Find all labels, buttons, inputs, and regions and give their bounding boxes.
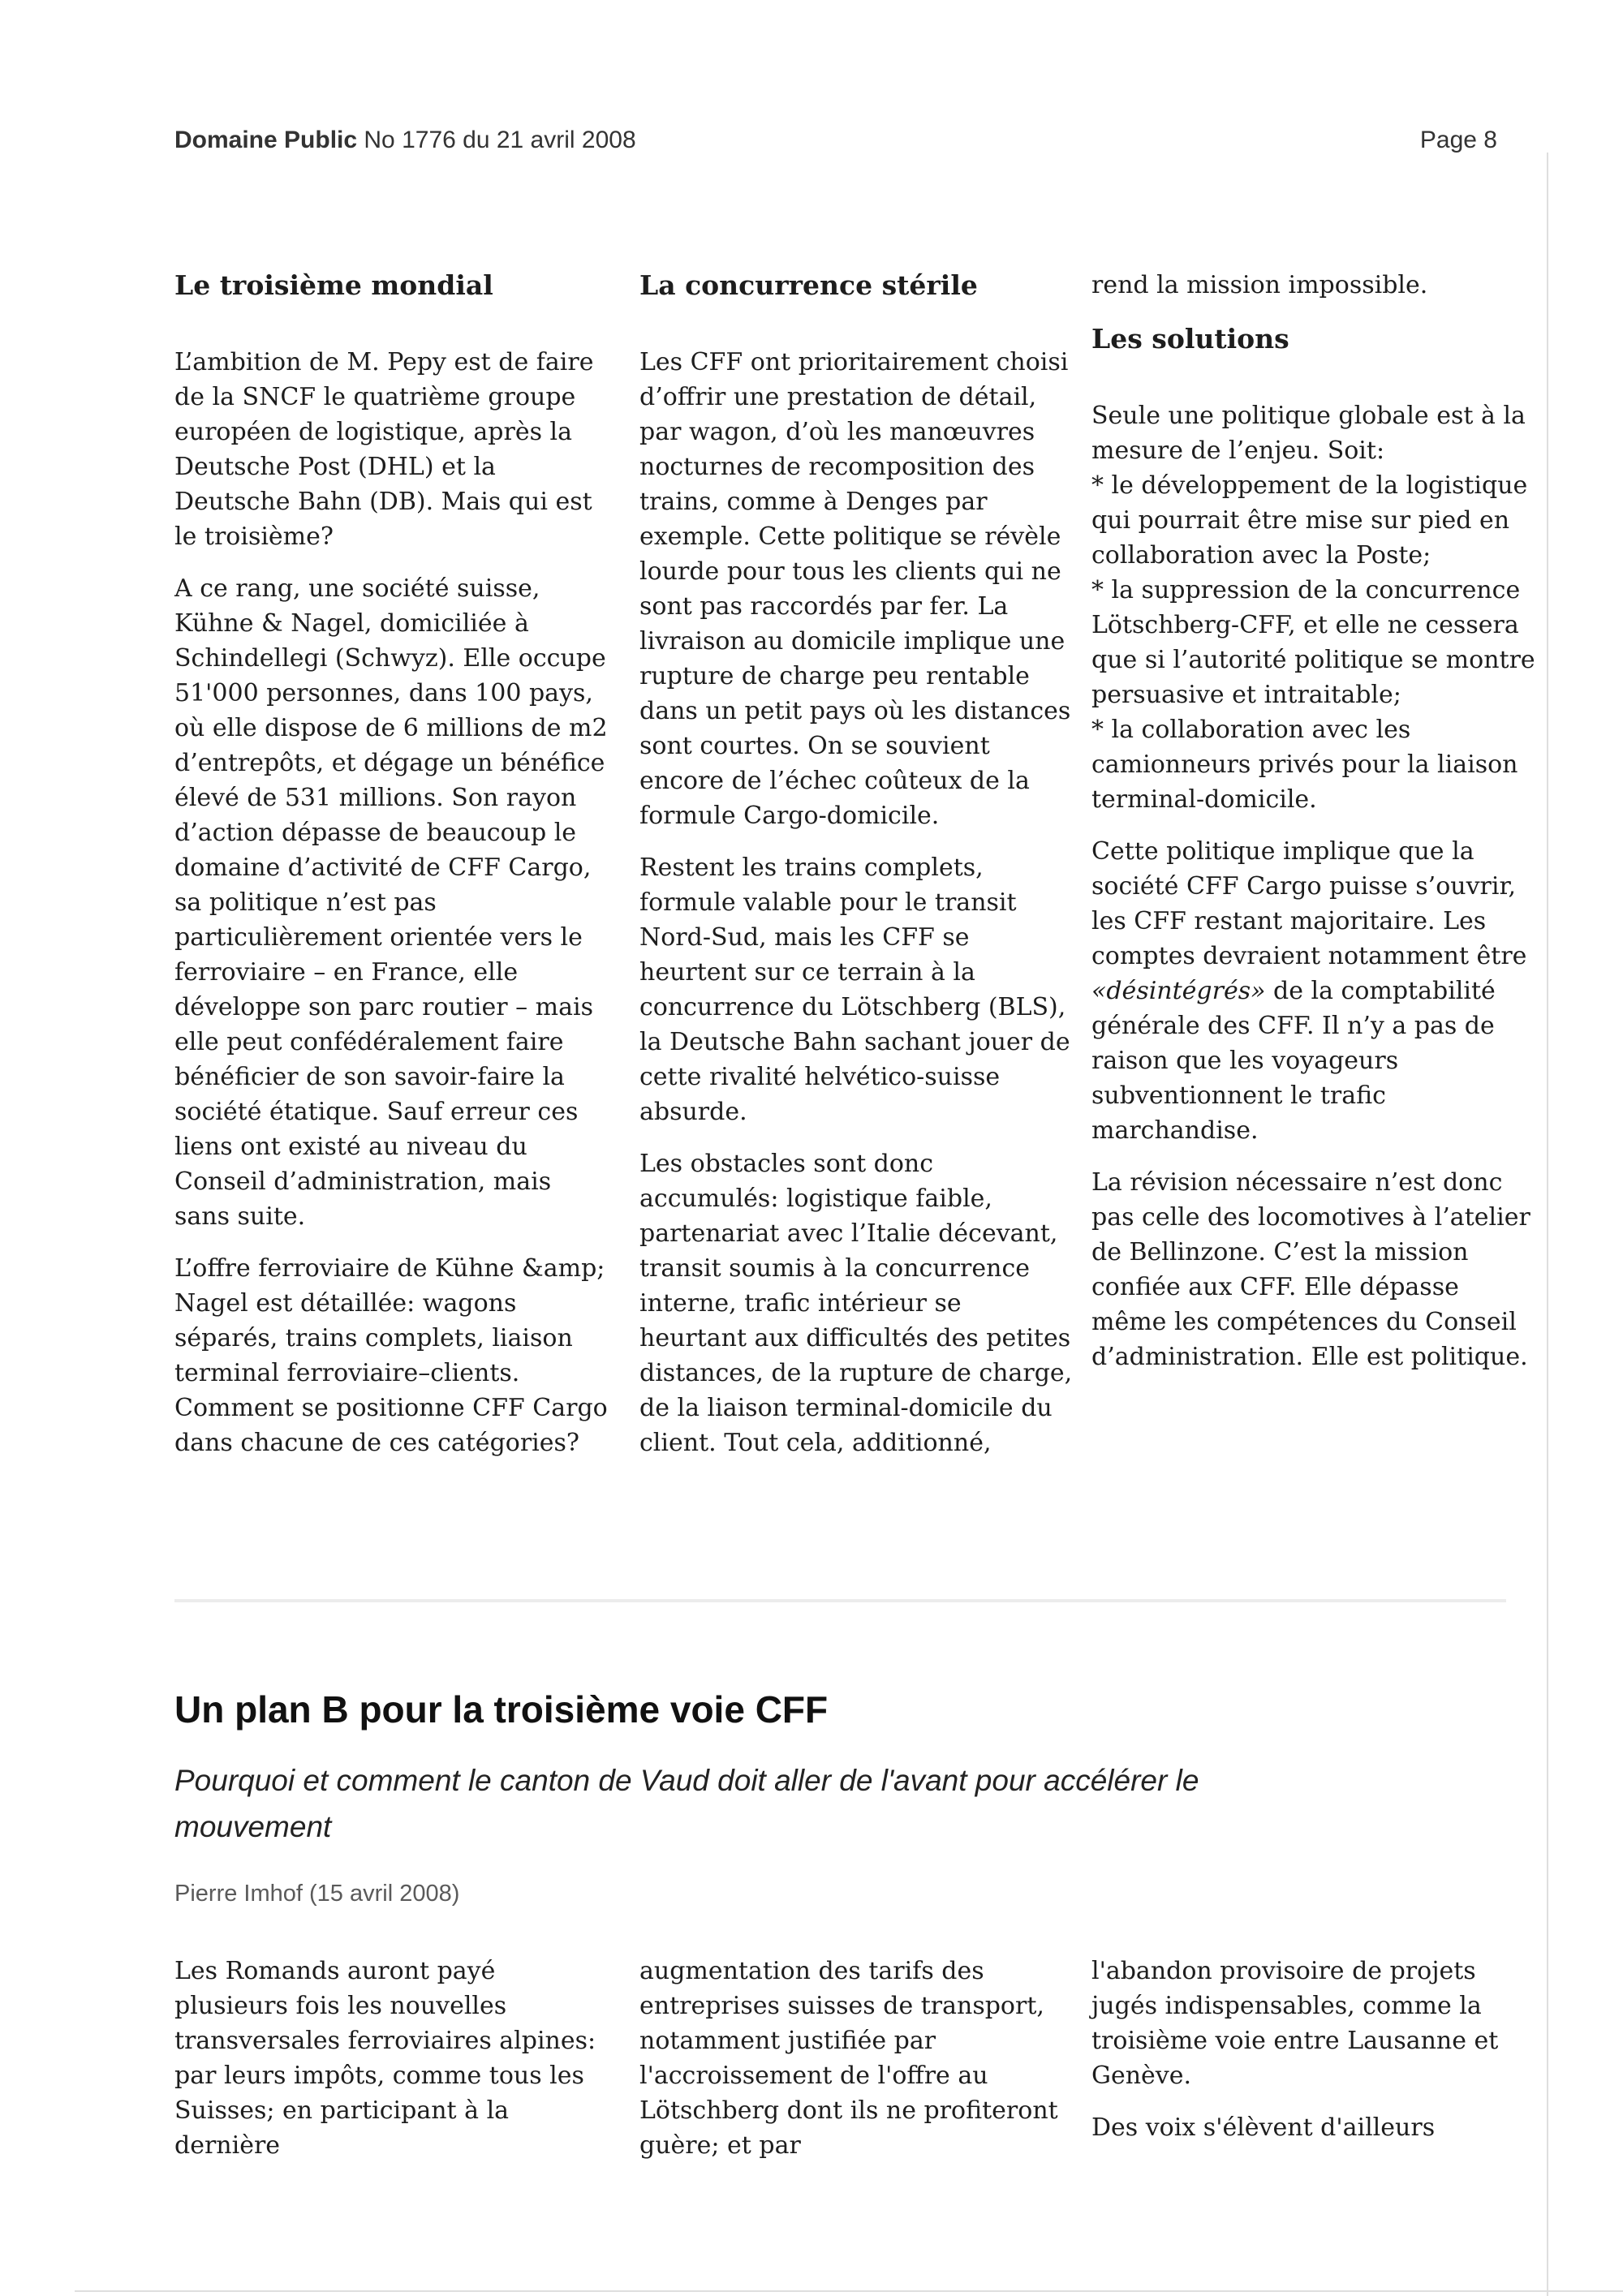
article1-column-3: rend la mission impossible. Les solution… [1091,268,1538,1391]
article2-column-3: l'abandon provisoire de projets jugés in… [1091,1954,1538,2162]
article1-column-2: La concurrence stérile Les CFF ont prior… [639,268,1074,1477]
paragraph: L’offre ferroviaire de Kühne &amp; Nagel… [174,1251,609,1460]
article1-column-1: Le troisième mondial L’ambition de M. Pe… [174,268,609,1477]
article-byline: Pierre Imhof (15 avril 2008) [174,1881,459,1907]
text-segment: Cette politique implique que la société … [1091,837,1526,970]
section-heading-les-solutions: Les solutions [1091,321,1538,356]
paragraph: Les CFF ont prioritairement choisi d’off… [639,345,1074,833]
article2-column-1: Les Romands auront payé plusieurs fois l… [174,1954,609,2180]
paragraph: Les Romands auront payé plusieurs fois l… [174,1954,609,2163]
newsletter-identity: Domaine Public No 1776 du 21 avril 2008 [174,127,636,154]
paragraph: L’ambition de M. Pepy est de faire de la… [174,345,609,554]
paragraph: augmentation des tarifs des entreprises … [639,1954,1074,2163]
document-page: Domaine Public No 1776 du 21 avril 2008 … [0,0,1623,2296]
section-heading-concurrence-sterile: La concurrence stérile [639,268,1074,303]
page-number: Page 8 [1420,127,1497,154]
paragraph: rend la mission impossible. [1091,268,1538,303]
paragraph: Seule une politique globale est à la mes… [1091,398,1538,817]
viewport-bottom-border [75,2290,1623,2292]
paragraph: Restent les trains complets, formule val… [639,850,1074,1129]
paragraph: La révision nécessaire n’est donc pas ce… [1091,1165,1538,1374]
issue-number: No 1776 du 21 avril 2008 [364,127,635,153]
page-header: Domaine Public No 1776 du 21 avril 2008 … [174,127,1497,154]
article-subtitle: Pourquoi et comment le canton de Vaud do… [174,1757,1424,1850]
article2-column-2: augmentation des tarifs des entreprises … [639,1954,1074,2180]
section-divider [174,1599,1506,1602]
emphasized-text: «désintégrés» [1091,977,1265,1005]
viewport-right-border [1547,153,1548,2296]
paragraph: Des voix s'élèvent d'ailleurs [1091,2110,1538,2145]
paragraph: A ce rang, une société suisse, Kühne & N… [174,571,609,1234]
newsletter-title: Domaine Public [174,127,357,153]
paragraph: l'abandon provisoire de projets jugés in… [1091,1954,1538,2093]
section-heading-troisieme-mondial: Le troisième mondial [174,268,609,303]
paragraph: Cette politique implique que la société … [1091,834,1538,1148]
article-title: Un plan B pour la troisième voie CFF [174,1688,828,1731]
paragraph: Les obstacles sont donc accumulés: logis… [639,1146,1074,1460]
